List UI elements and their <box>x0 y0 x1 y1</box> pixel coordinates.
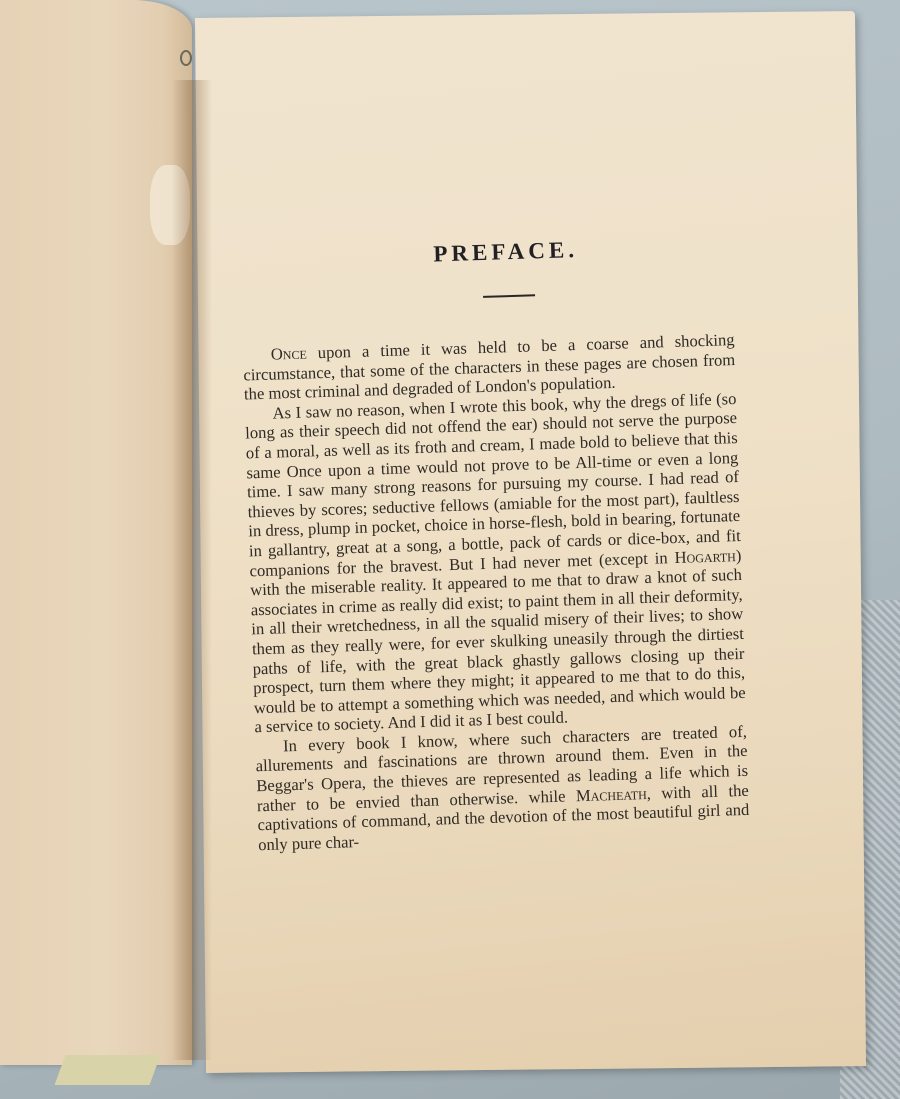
paragraph-3: In every book I know, where such charact… <box>255 722 750 855</box>
smallcaps-name: Hogarth <box>674 546 736 567</box>
title-divider <box>483 294 535 298</box>
page-content: PREFACE. Once upon a time it was held to… <box>239 232 750 855</box>
right-page: PREFACE. Once upon a time it was held to… <box>195 11 866 1073</box>
bookmark-ribbon <box>55 1055 161 1085</box>
spine-gutter <box>172 80 212 1060</box>
smallcaps-name: Macheath <box>576 784 647 805</box>
paragraph-2: As I saw no reason, when I wrote this bo… <box>244 389 746 737</box>
binding-clip-icon <box>180 50 192 66</box>
smallcaps-lead: Once <box>270 343 307 363</box>
left-page <box>0 0 192 1065</box>
paragraph-text: As I saw no reason, when I wrote this bo… <box>245 389 741 580</box>
page-title: PREFACE. <box>239 232 732 273</box>
